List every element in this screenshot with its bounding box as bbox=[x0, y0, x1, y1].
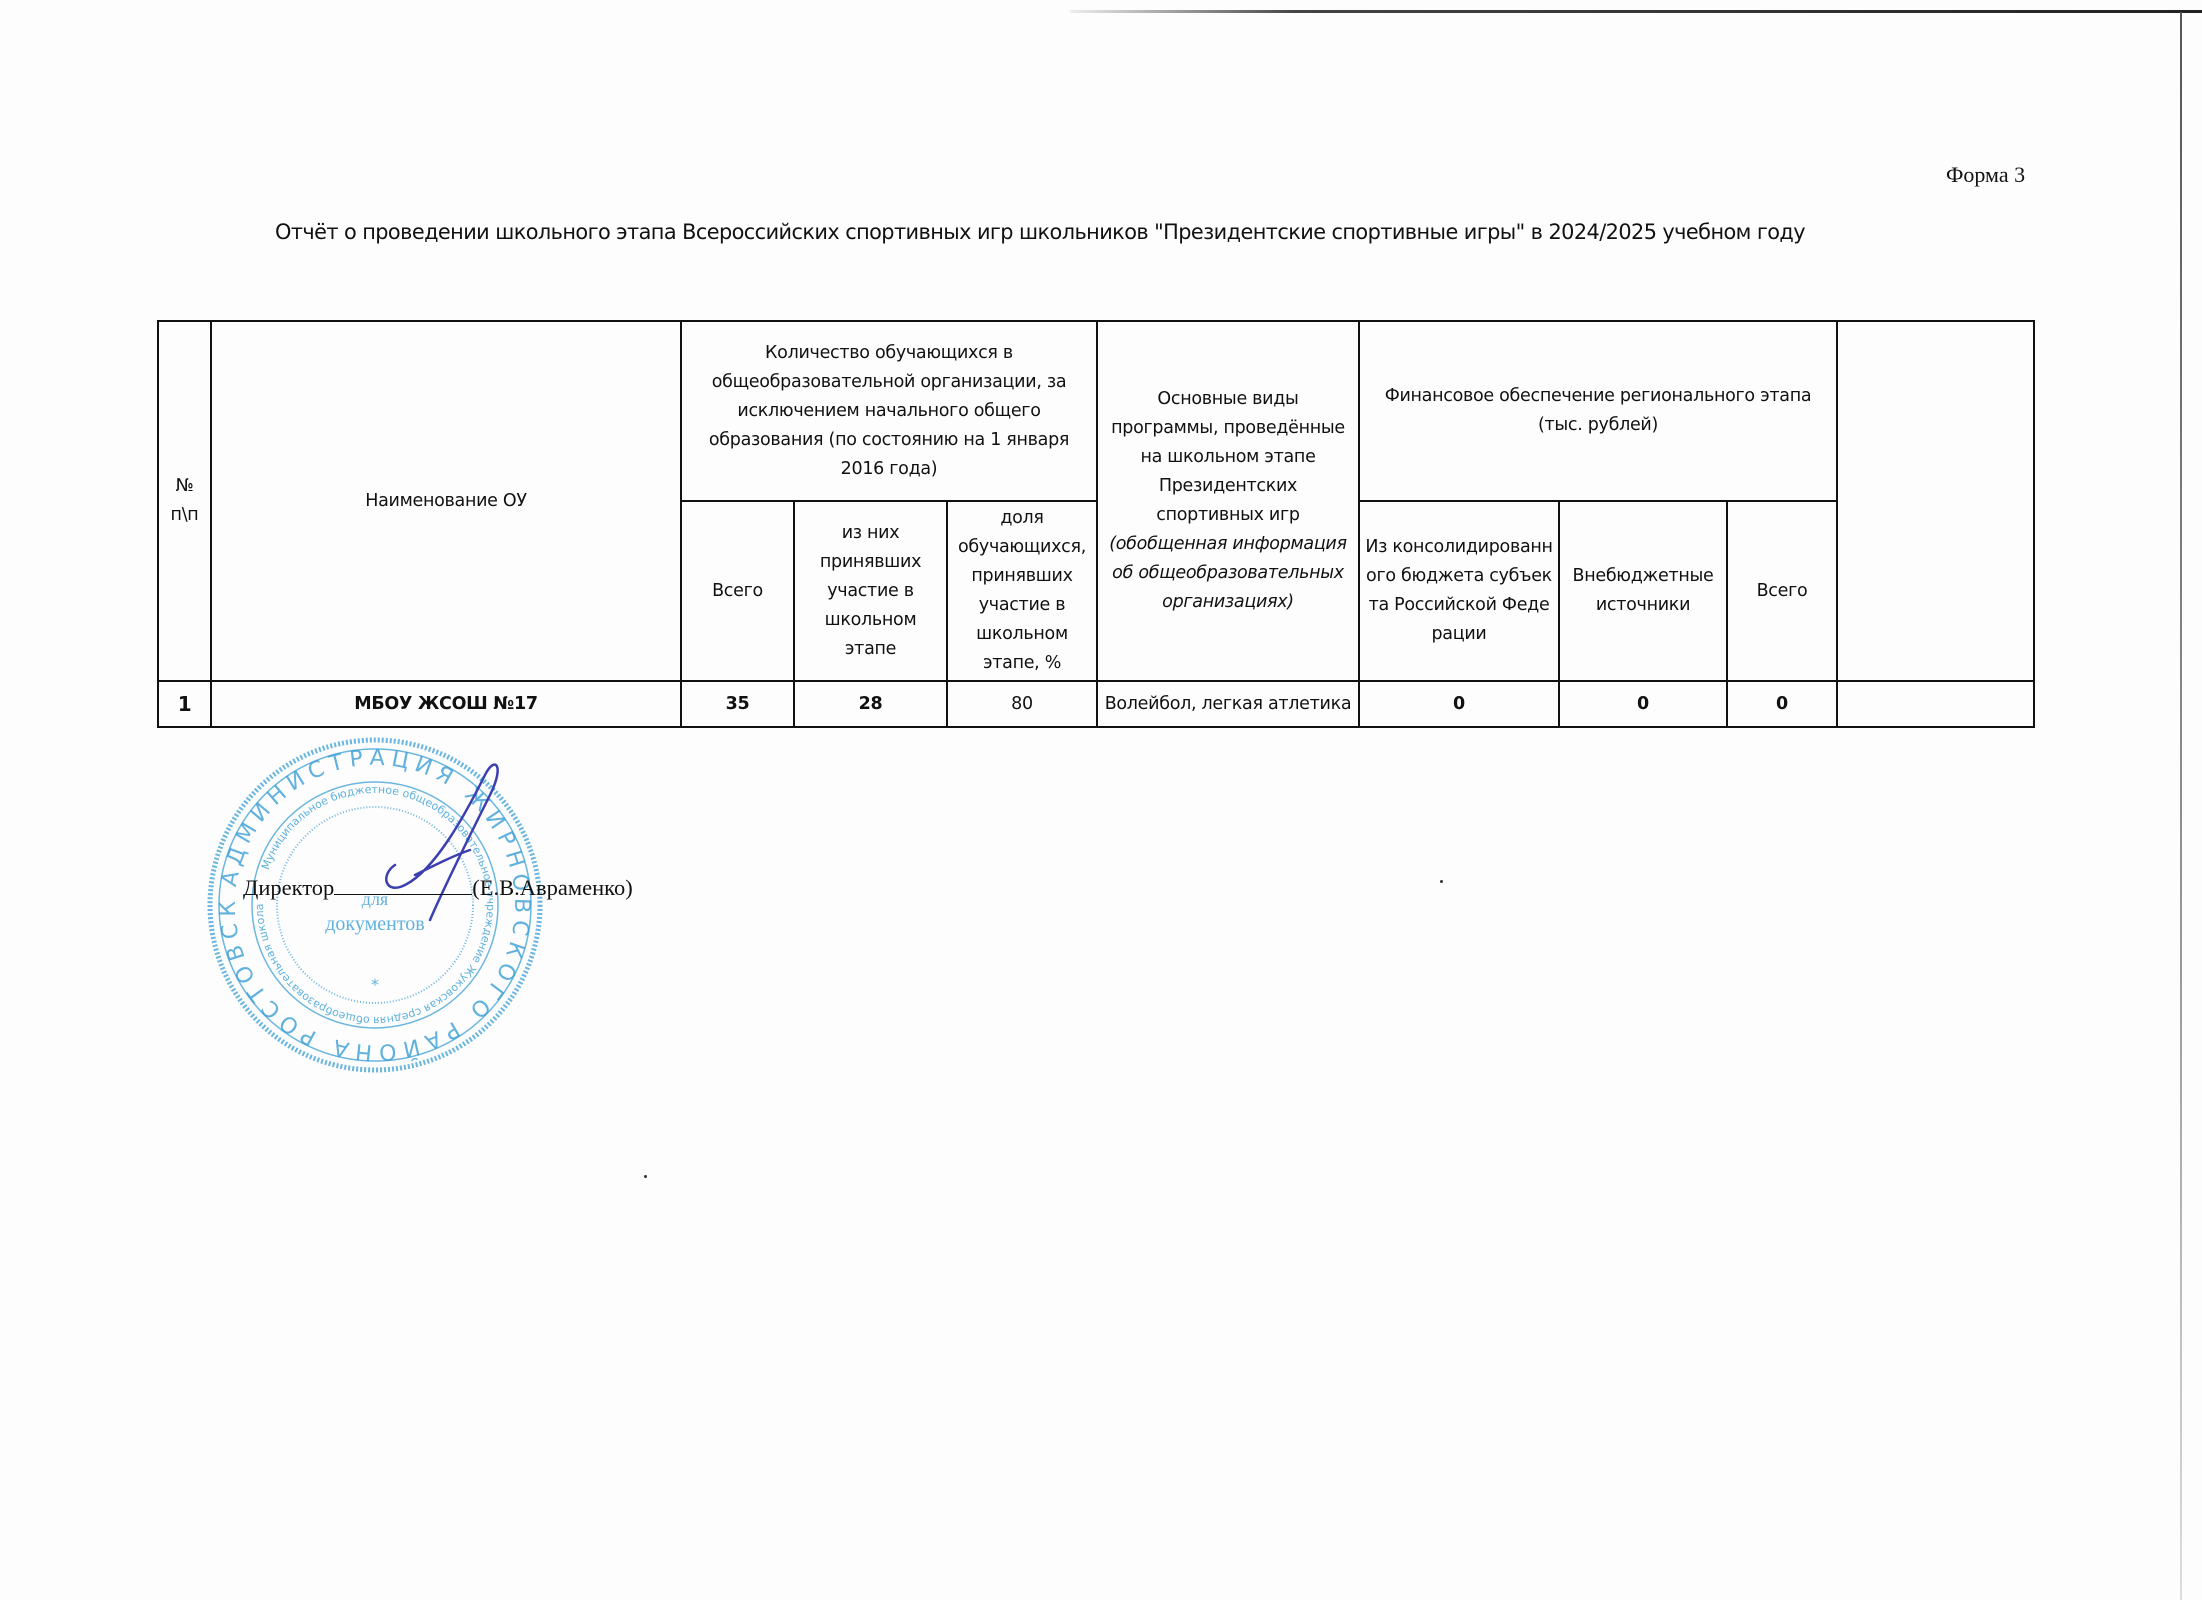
cell-last bbox=[1837, 681, 2034, 727]
scan-edge-right bbox=[2180, 12, 2182, 1600]
header-last bbox=[1837, 321, 2034, 681]
cell-students-share: 80 bbox=[947, 681, 1097, 727]
cell-sports: Волейбол, легкая атлетика bbox=[1097, 681, 1359, 727]
cell-finance-budget: 0 bbox=[1359, 681, 1559, 727]
header-sports-note: (обобщенная информация об общеобразовате… bbox=[1109, 534, 1347, 612]
table-row: 1 МБОУ ЖСОШ №17 35 28 80 Волейбол, легка… bbox=[158, 681, 2034, 727]
cell-students-total: 35 bbox=[681, 681, 794, 727]
header-sports: Основные виды программы, проведённые на … bbox=[1097, 321, 1359, 681]
header-students-share: доля обучающихся, принявших участие в шк… bbox=[947, 501, 1097, 681]
header-finance-total: Всего bbox=[1727, 501, 1837, 681]
header-students-group: Количество обучающихся в общеобразовател… bbox=[681, 321, 1097, 501]
header-num: № п\п bbox=[158, 321, 211, 681]
report-table: № п\п Наименование ОУ Количество обучающ… bbox=[157, 320, 2035, 728]
cell-finance-extra: 0 bbox=[1559, 681, 1727, 727]
cell-name: МБОУ ЖСОШ №17 bbox=[211, 681, 681, 727]
header-finance-budget: Из консолидированного бюджета субъекта Р… bbox=[1359, 501, 1559, 681]
cell-students-participated: 28 bbox=[794, 681, 947, 727]
header-finance-group: Финансовое обеспечение регионального эта… bbox=[1359, 321, 1837, 501]
form-label: Форма 3 bbox=[1946, 162, 2025, 188]
signature-name: (Е.В.Авраменко) bbox=[472, 875, 632, 900]
signature-role: Директор bbox=[243, 875, 334, 900]
scan-speck bbox=[644, 1175, 647, 1178]
header-name: Наименование ОУ bbox=[211, 321, 681, 681]
scan-speck bbox=[1440, 880, 1443, 883]
cell-finance-total: 0 bbox=[1727, 681, 1837, 727]
svg-text:*: * bbox=[371, 975, 379, 994]
scan-edge-top bbox=[1070, 10, 2202, 13]
signature-line: Директор(Е.В.Авраменко) bbox=[243, 872, 633, 901]
header-sports-main: Основные виды программы, проведённые на … bbox=[1111, 389, 1345, 525]
header-students-participated: из них принявших участие в школьном этап… bbox=[794, 501, 947, 681]
header-students-total: Всего bbox=[681, 501, 794, 681]
header-finance-extra: Внебюджетные источники bbox=[1559, 501, 1727, 681]
document-title: Отчёт о проведении школьного этапа Всеро… bbox=[275, 220, 1934, 245]
cell-num: 1 bbox=[158, 681, 211, 727]
signature-blank bbox=[334, 872, 472, 895]
